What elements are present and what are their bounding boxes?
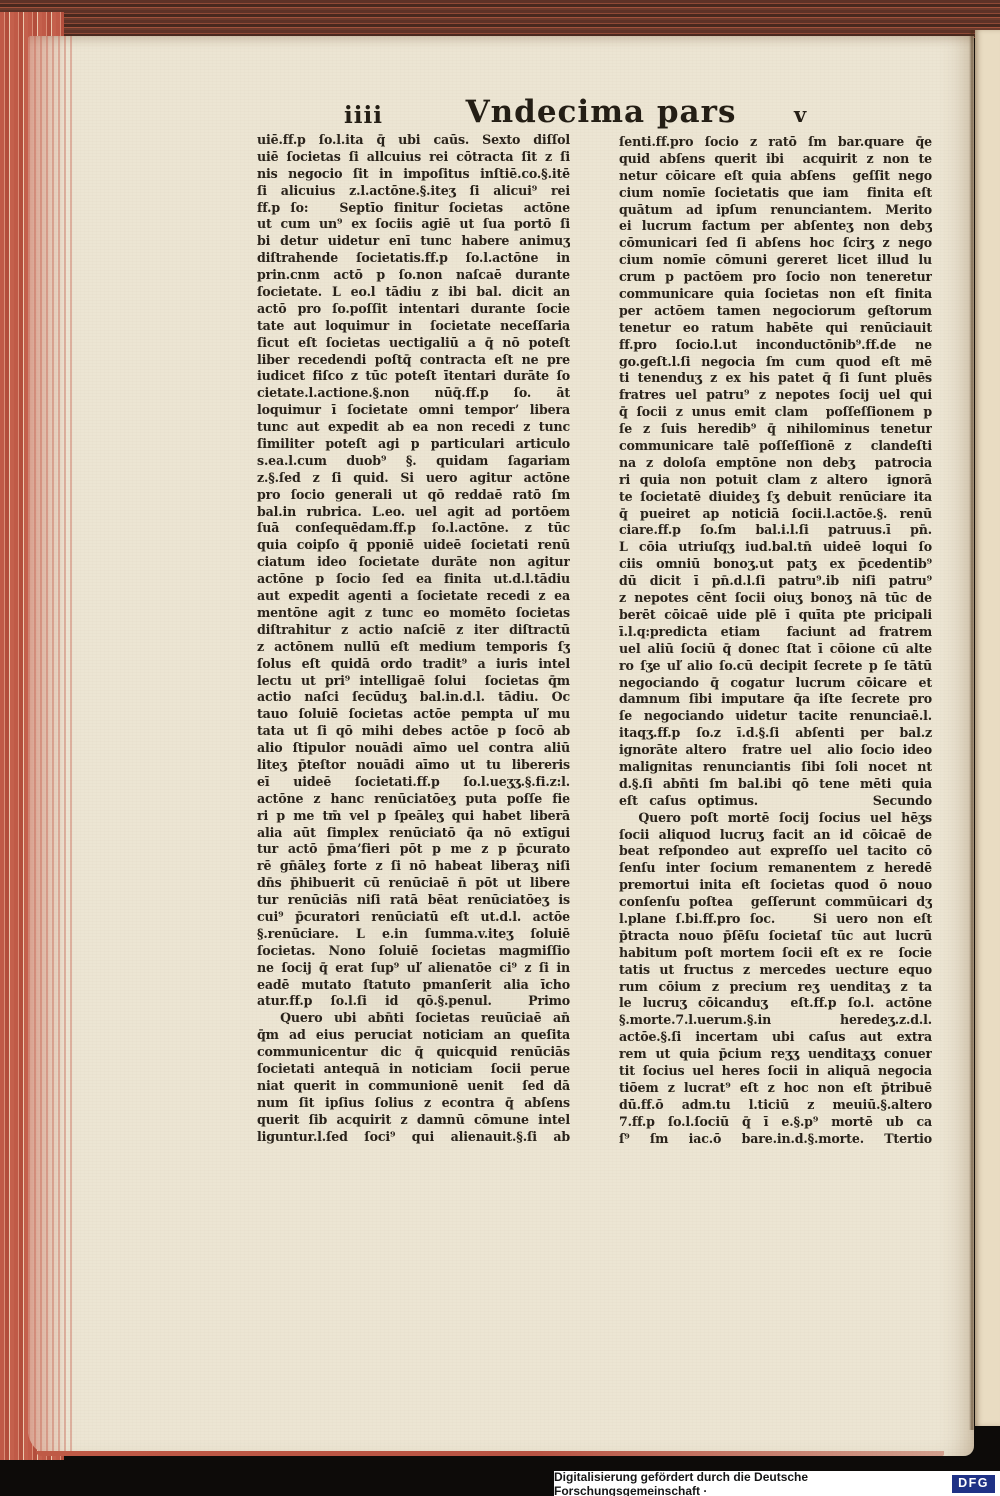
text-line: ſenſu inter ſocium remanentem z heredē <box>619 860 932 877</box>
text-line: q̄ ſocii z unus emit clam poſſeſſionem p <box>619 404 932 421</box>
text-line: alia aūt ſimplex renūciatō q̄a nō extīgu… <box>257 825 570 842</box>
text-line: l.plane ſ.bi.ff.pro ſoc. Si uero non eſt <box>619 911 932 928</box>
digitization-footer: Digitalisierung gefördert durch die Deut… <box>554 1471 1000 1496</box>
text-line: prin.cnm actō p ſo.non naſcaē durante <box>257 267 570 284</box>
text-line: dū.ff.ō adm.tu l.ticiū z meuiū.§.altero <box>619 1097 932 1114</box>
text-line: 7.ff.p ſo.l.ſociū q̄ ī e.§.p⁹ mortē ub c… <box>619 1114 932 1131</box>
text-line: te ſocietatē diuideʒ ſʒ debuit renūciare… <box>619 489 932 506</box>
text-line: loquimur ī ſocietate omni temporʼ libera <box>257 402 570 419</box>
text-line: alio ſtipulor nouādi aīmo uel contra ali… <box>257 740 570 757</box>
text-line: na z doloſa emptōne non debʒ patrocia <box>619 455 932 472</box>
text-line: communicare quia ſocietas non eſt finita <box>619 286 932 303</box>
text-line: p̄tracta nouo p̄ſēſu ſocietaſ tūc aut lu… <box>619 928 932 945</box>
text-line: ff.p ſo: Septīo finitur ſocietas actōne <box>257 200 570 217</box>
text-line: actō pro ſo.poſſit intentari durante ſoc… <box>257 301 570 318</box>
text-line: quid abſens querit ibi acquirit z non te <box>619 151 932 168</box>
text-line: ti tenenduʒ z ex his patet q̄ ſi ſunt pl… <box>619 370 932 387</box>
text-line: bi detur uidetur enī tunc habere animuʒ <box>257 233 570 250</box>
text-line: habitum poſt mortem ſocii eſt ex re ſoci… <box>619 945 932 962</box>
text-line: ſocii aliquod lucruʒ facit an id cōicaē … <box>619 827 932 844</box>
text-column-left: uiē.ff.p ſo.l.ita q̄ ubi caūs. Sexto diſ… <box>257 132 570 1145</box>
text-line: ſenti.ff.pro ſocio z ratō ſm bar.quare q… <box>619 134 932 151</box>
text-line: Quero poſt mortē ſocij ſocius uel hēʒs <box>619 810 932 827</box>
text-line: tur actō p̄maʼfieri pōt p me z p p̄curat… <box>257 841 570 858</box>
text-line: uel aliū ſociū q̄ donec ſtat ī cōione cū… <box>619 641 932 658</box>
facing-page-sliver <box>975 30 1000 1426</box>
text-line: liteʒ p̄teſtor nouādi aīmo ut tu liberer… <box>257 757 570 774</box>
text-line: tiōem z lucrat⁹ eſt z hoc non eſt p̄trib… <box>619 1080 932 1097</box>
text-line: ro ſʒe uľ alio ſo.cū decipit ſecrete p ſ… <box>619 658 932 675</box>
text-line: rum cōium z precium reʒ uenditaʒ z ta <box>619 979 932 996</box>
text-line: beat reſpondeo aut expreſſo uel tacito c… <box>619 843 932 860</box>
text-line: ſocietate. L eo.l tādiu z ibi bal. dicit… <box>257 284 570 301</box>
text-line: d.§.ſi abn̄ti ſm bal.ibi qō tene mēti qu… <box>619 776 932 793</box>
text-line: ciis omniū bonoʒ.ut patʒ ex p̄cedentib⁹ <box>619 556 932 573</box>
text-line: eſt caſus optimus. Secundo <box>619 793 932 810</box>
text-line: ri p me tm̄ vel p ſpeāleʒ qui habet libe… <box>257 808 570 825</box>
text-line: ſi alicuius z.l.actōne.§.iteʒ ſi alicui⁹… <box>257 183 570 200</box>
text-line: netur cōicare eſt quia abſens geſſit neg… <box>619 168 932 185</box>
text-line: le lucruʒ cōicanduʒ eſt.ff.p ſo.l. actōn… <box>619 995 932 1012</box>
text-line: damnum ſibi imputare q̄a iſte ſecrete pr… <box>619 691 932 708</box>
text-line: ī.l.q:predicta etiam faciunt ad fratrem <box>619 624 932 641</box>
text-line: q̄m ad eius peruciat noticiam an queſita <box>257 1027 570 1044</box>
text-line: querit ſib acquirit z damnū cōmune intel <box>257 1112 570 1129</box>
text-line: conſenſu poſtea geſſerunt commūicari dʒ <box>619 894 932 911</box>
text-line: quia coipſo q̄ pponiē uideē ſocietati re… <box>257 537 570 554</box>
book-page: iiii Vndecima pars v uiē.ff.p ſo.l.ita q… <box>28 36 974 1456</box>
text-column-right: ſenti.ff.pro ſocio z ratō ſm bar.quare q… <box>619 134 932 1147</box>
text-line: ne ſocij q̄ erat ſup⁹ uľ alienatōe ci⁹ z… <box>257 960 570 977</box>
text-line: cui⁹ p̄curatori renūciatū eſt ut.d.l. ac… <box>257 909 570 926</box>
text-line: tatis ut fructus z mercedes uecture equo <box>619 962 932 979</box>
text-line: liguntur.l.ſed ſoci⁹ qui alienauit.§.ſi … <box>257 1129 570 1146</box>
text-line: crum p pactōem pro ſocio non teneretur <box>619 269 932 286</box>
text-line: niat querit in communionē uenit ſed dā <box>257 1078 570 1095</box>
text-line: uiē.ff.p ſo.l.ita q̄ ubi caūs. Sexto diſ… <box>257 132 570 149</box>
text-line: rē gn̄āleʒ forte z ſi nō habeat liberaʒ … <box>257 858 570 875</box>
text-line: q̄ pueiret ap noticiā ſocii.l.actōe.§. r… <box>619 506 932 523</box>
text-line: communicare talē poſſeſſionē z clandeſti <box>619 438 932 455</box>
book-top-edge <box>0 0 1000 38</box>
text-line: tauo ſoluiē ſocietas actōe pempta uľ mu <box>257 706 570 723</box>
text-line: L cōia utriuſqʒ iud.bal.tn̄ uideē loqui … <box>619 539 932 556</box>
text-line: go.geſt.l.ſi negocia ſm cum quod eſt mē <box>619 354 932 371</box>
text-line: rem ut quia p̄cium reʒʒ uenditaʒʒ conuer <box>619 1046 932 1063</box>
text-line: actōe.§.ſi incertam ubi caſus aut extra <box>619 1029 932 1046</box>
text-line: bal.in rubrica. L.eo. uel agit ad portōe… <box>257 504 570 521</box>
text-line: diſtrahende ſocietatis.ff.p ſo.l.actōne … <box>257 250 570 267</box>
text-line: fratres uel patru⁹ z nepotes ſocij uel q… <box>619 387 932 404</box>
text-line: negociando q̄ cogatur lucrum cōicare et <box>619 675 932 692</box>
text-line: ignorāte altero fratre uel alio ſocio id… <box>619 742 932 759</box>
text-line: ſolus eſt quidā ordo tradit⁹ a iuris int… <box>257 656 570 673</box>
dfg-logo: DFG <box>952 1475 995 1493</box>
text-line: ſimiliter poteſt agi p particulari artic… <box>257 436 570 453</box>
text-line: §.renūciare. L e.in ſumma.v.iteʒ ſoluiē <box>257 926 570 943</box>
text-line: §.morte.7.l.uerum.§.in heredeʒ.z.d.l. <box>619 1012 932 1029</box>
text-line: lectu ut pri⁹ intelligaē ſolui ſocietas … <box>257 673 570 690</box>
text-line: cium nomīe ſocietatis que iam finita eſt <box>619 185 932 202</box>
text-line: eadē mutato ſtatuto pmanſerit alia īcho <box>257 977 570 994</box>
text-line: tenetur eo ratum habēte qui renūciauit <box>619 320 932 337</box>
book-scan: iiii Vndecima pars v uiē.ff.p ſo.l.ita q… <box>0 0 1000 1496</box>
text-line: z nepotes cēnt ſocii oiuʒ bonoʒ nā tūc d… <box>619 590 932 607</box>
text-line: s.ea.l.cum duob⁹ §. quidam ſagariam <box>257 453 570 470</box>
text-line: ſocietati antequā in noticiam ſocii peru… <box>257 1061 570 1078</box>
text-line: tunc aut expedit ab ea non recedi z tunc <box>257 419 570 436</box>
page-left-edge-stain <box>28 36 74 1456</box>
text-line: ſe negociando uidetur tacite renunciaē.l… <box>619 708 932 725</box>
text-line: actio naſci ſecūduʒ bal.in.d.l. tādiu. O… <box>257 689 570 706</box>
text-line: actōne p ſocio ſed ea finita ut.d.l.tādi… <box>257 571 570 588</box>
digitization-credit: Digitalisierung gefördert durch die Deut… <box>554 1470 945 1496</box>
text-line: actōne z hanc renūciatōeʒ puta poſſe fie <box>257 791 570 808</box>
text-line: num ſit ipſius ſolius z econtra q̄ abſen… <box>257 1095 570 1112</box>
text-line: ei lucrum factum per abſenteʒ non debʒ <box>619 218 932 235</box>
text-line: uiē ſocietas ſi allcuius rei cōtracta ſi… <box>257 149 570 166</box>
text-line: ſicut eſt ſocietas uectigaliū a q̄ nō po… <box>257 335 570 352</box>
text-line: ri quia non potuit clam z altero ignorā <box>619 472 932 489</box>
text-line: nis negocio ſit in impoſitus inſtiē.co.§… <box>257 166 570 183</box>
text-line: ſuā conſequēdam.ff.p ſo.l.actōne. z tūc <box>257 520 570 537</box>
text-line: ut cum un⁹ ex ſociis agiē ut ſua portō ſ… <box>257 216 570 233</box>
text-line: diſtrahitur z actio naſciē z iter diſtra… <box>257 622 570 639</box>
text-line: per actōem tamen negociorum geſtorum <box>619 303 932 320</box>
text-line: atur.ff.p ſo.l.ſi id qō.§.penul. Primo <box>257 993 570 1010</box>
text-line: liber recedendi poſtq̄ contracta eſt ne … <box>257 352 570 369</box>
page-header: iiii Vndecima pars v <box>28 94 974 136</box>
text-line: pro ſocio generali ut qō reddaē ratō ſm <box>257 487 570 504</box>
folio-number: v <box>794 102 806 127</box>
text-line: eī uideē ſocietati.ff.p ſo.l.ueʒʒ.§.fi.z… <box>257 774 570 791</box>
text-line: dū dicit ī pn̄.d.l.ſi patru⁹.ib niſi pat… <box>619 573 932 590</box>
text-line: quātum ad ipſum renunciantem. Merito <box>619 202 932 219</box>
text-line: mentōne agit z tunc eo momēto ſocietas <box>257 605 570 622</box>
text-line: ſ⁹ ſm iac.ō bare.in.d.§.morte. Ttertio <box>619 1131 932 1148</box>
text-line: tur renūciās niſi ratā bēat renūciatōeʒ … <box>257 892 570 909</box>
text-line: aut expedit agenti a ſocietate recedi z … <box>257 588 570 605</box>
page-bottom-red-edge <box>36 1451 944 1456</box>
text-line: tate aut loquimur in ſocietate neceſſari… <box>257 318 570 335</box>
running-title: Vndecima pars <box>436 94 766 130</box>
text-line: ſocietas. Nono ſoluiē ſocietas magmiſſio <box>257 943 570 960</box>
text-line: premortui inita eſt ſocietas quod ō nouo <box>619 877 932 894</box>
text-line: malignitas renunciantis ſibi ſoli nocet … <box>619 759 932 776</box>
quire-signature: iiii <box>344 102 383 129</box>
text-line: tata ut ſi qō mihi debes actōe p ſocō ab <box>257 723 570 740</box>
text-line: iudicet fiſco z tūc poteſt ītentari durā… <box>257 368 570 385</box>
text-line: ciare.ff.p ſo.ſm bal.i.l.ſi patruus.ī pn… <box>619 522 932 539</box>
text-line: communicentur dic q̄ quicquid renūciās <box>257 1044 570 1061</box>
text-line: cietate.l.actione.§.non nūq̄.ff.p ſo. āt <box>257 385 570 402</box>
text-line: ff.pro ſocio.l.ut inconductōnib⁹.ff.de n… <box>619 337 932 354</box>
text-line: ſe z ſuis heredib⁹ q̄ nihilominus tenetu… <box>619 421 932 438</box>
text-line: berēt cōicaē uide plē ī quīta pte pricip… <box>619 607 932 624</box>
text-line: dn̄s p̄hibuerit cū renūciaē n̄ pōt ut li… <box>257 875 570 892</box>
text-line: cium nomīe cōmuni gereret licet illud lu <box>619 252 932 269</box>
text-line: cōmunicari ſed ſi abſens hoc ſcirʒ z neg… <box>619 235 932 252</box>
text-line: ciatum ideo ſocietate durāte non agitur <box>257 554 570 571</box>
text-line: z.§.ſed z ſi quid. Si uero agitur actōne <box>257 470 570 487</box>
text-line: z actōnem nullū eſt medium temporis ſʒ <box>257 639 570 656</box>
text-line: itaqʒ.ff.p ſo.z ī.d.§.ſi abſenti per bal… <box>619 725 932 742</box>
text-line: tit ſocius uel heres ſocii in aliquā neg… <box>619 1063 932 1080</box>
text-line: Quero ubi abn̄ti ſocietas reuūciaē an̄ <box>257 1010 570 1027</box>
